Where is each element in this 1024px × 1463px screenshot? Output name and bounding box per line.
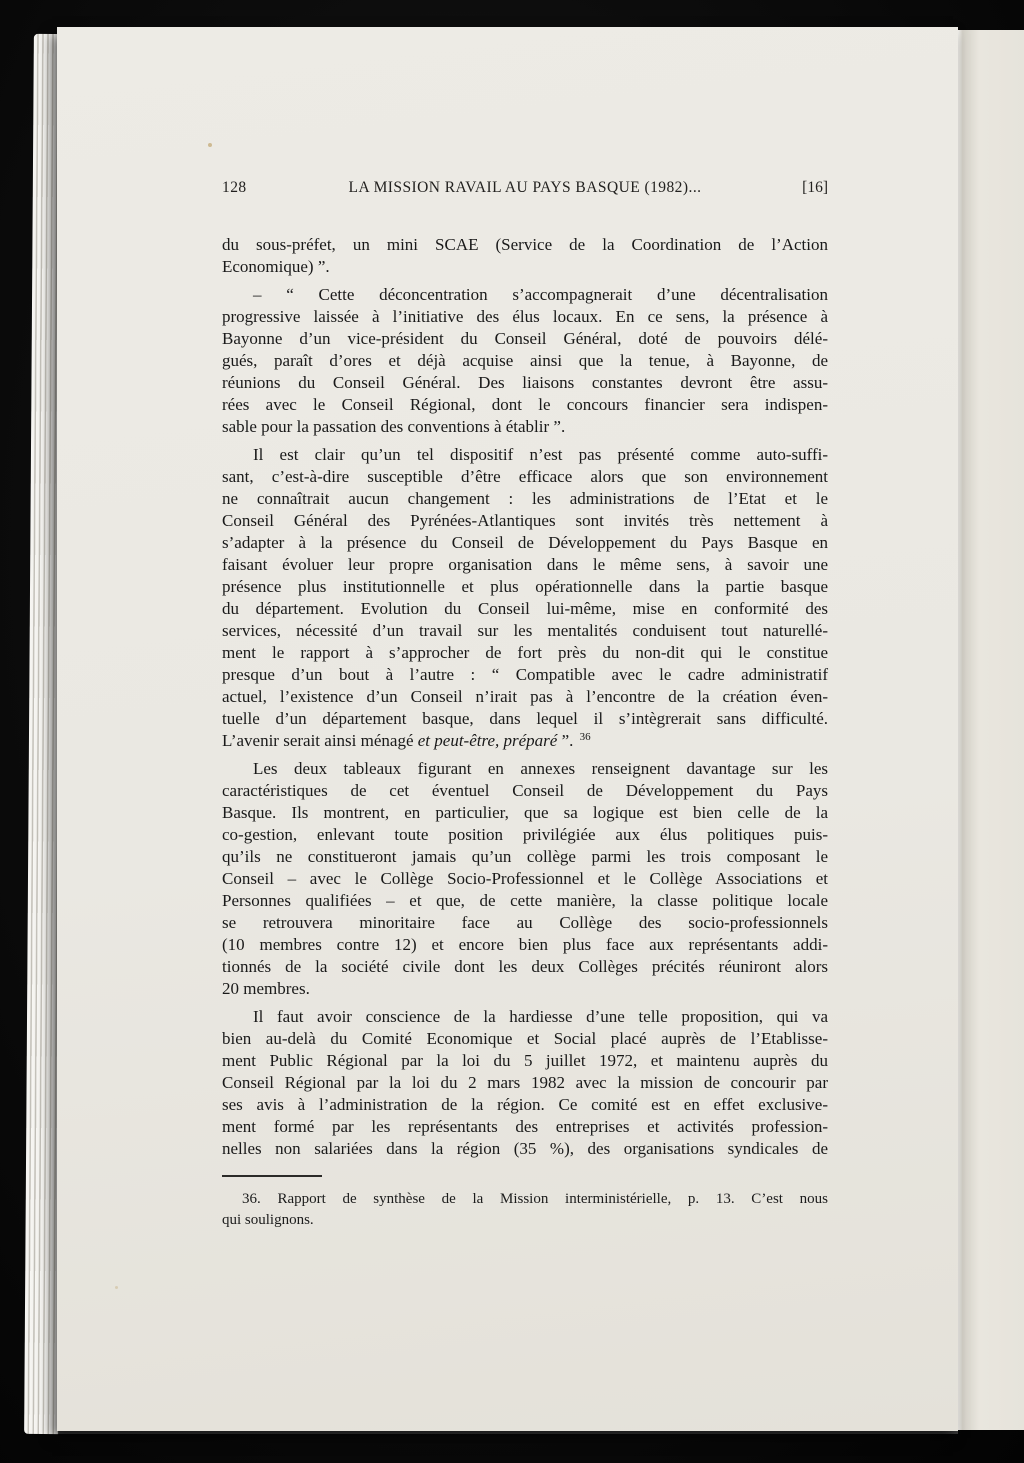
text-line: s’adapter à la présence du Conseil de Dé… [222, 532, 828, 554]
text-line: ment le rapport à s’approcher de fort pr… [222, 642, 828, 664]
running-header: 128 LA MISSION RAVAIL AU PAYS BASQUE (19… [222, 179, 828, 197]
text-line: présence plus institutionnelle et plus o… [222, 576, 828, 598]
text-line: ses avis à l’administration de la région… [222, 1094, 828, 1116]
paragraph: Il est clair qu’un tel dispositif n’est … [222, 444, 828, 752]
text-line: tuelle d’un département basque, dans leq… [222, 708, 828, 730]
text-line: Basque. Ils montrent, en particulier, qu… [222, 802, 828, 824]
text-line: Conseil Général des Pyrénées-Atlantiques… [222, 510, 828, 532]
paragraph: Il faut avoir conscience de la hardiesse… [222, 1006, 828, 1160]
text-line: L’avenir serait ainsi ménagé et peut-êtr… [222, 730, 828, 752]
text-line: 20 membres. [222, 978, 828, 1000]
section-reference: [16] [736, 179, 828, 197]
text-line: 36. Rapport de synthèse de la Mission in… [222, 1189, 828, 1210]
paragraph: du sous-préfet, un mini SCAE (Service de… [222, 234, 828, 278]
text-line: – “ Cette déconcentration s’accompagnera… [222, 284, 828, 306]
text-line: Il faut avoir conscience de la hardiesse… [222, 1006, 828, 1028]
text-line: Personnes qualifiées – et que, de cette … [222, 890, 828, 912]
paragraph: Les deux tableaux figurant en annexes re… [222, 758, 828, 1000]
paper-speck [115, 1286, 118, 1289]
body-text: du sous-préfet, un mini SCAE (Service de… [222, 234, 828, 1160]
text-line: qui soulignons. [222, 1210, 828, 1231]
text-line: tionnés de la société civile dont les de… [222, 956, 828, 978]
text-line: presque d’un bout à l’autre : “ Compatib… [222, 664, 828, 686]
italic-phrase: et peut-être, préparé [418, 731, 558, 750]
footnote-text: 36. Rapport de synthèse de la Mission in… [222, 1189, 828, 1231]
text-line: ment Public Régional par la loi du 5 jui… [222, 1050, 828, 1072]
text-line: ment formé par les représentants des ent… [222, 1116, 828, 1138]
sentence-suffix: ”. [557, 731, 577, 750]
text-line: Conseil – avec le Collège Socio-Professi… [222, 868, 828, 890]
paragraph-lines: Il est clair qu’un tel dispositif n’est … [222, 444, 828, 730]
text-line: caractéristiques de cet éventuel Conseil… [222, 780, 828, 802]
text-line: sant, c’est-à-dire susceptible d’être ef… [222, 466, 828, 488]
text-line: du sous-préfet, un mini SCAE (Service de… [222, 234, 828, 256]
footnote-reference: 36 [580, 731, 591, 743]
text-line: Economique) ”. [222, 256, 828, 278]
text-line: qu’ils ne constitueront jamais qu’un col… [222, 846, 828, 868]
text-line: réunions du Conseil Général. Des liaison… [222, 372, 828, 394]
text-line: actuel, l’existence d’un Conseil n’irait… [222, 686, 828, 708]
sentence-prefix: L’avenir serait ainsi ménagé [222, 731, 418, 750]
footnote-rule [222, 1175, 322, 1177]
book-page: 128 LA MISSION RAVAIL AU PAYS BASQUE (19… [57, 27, 958, 1431]
paper-speck [208, 143, 212, 147]
text-line: Les deux tableaux figurant en annexes re… [222, 758, 828, 780]
text-line: faisant évoluer leur propre organisation… [222, 554, 828, 576]
text-line: gués, paraît d’ores et déjà acquise ains… [222, 350, 828, 372]
running-title: LA MISSION RAVAIL AU PAYS BASQUE (1982).… [314, 179, 736, 197]
text-line: sable pour la passation des conventions … [222, 416, 828, 438]
footnote: 36. Rapport de synthèse de la Mission in… [222, 1175, 828, 1231]
text-line: nelles non salariées dans la région (35 … [222, 1138, 828, 1160]
paragraph: – “ Cette déconcentration s’accompagnera… [222, 284, 828, 438]
text-line: ne connaîtrait aucun changement : les ad… [222, 488, 828, 510]
text-line: rées avec le Conseil Régional, dont le c… [222, 394, 828, 416]
facing-page-edge [958, 30, 1024, 1430]
text-line: Il est clair qu’un tel dispositif n’est … [222, 444, 828, 466]
text-line: du département. Evolution du Conseil lui… [222, 598, 828, 620]
text-line: progressive laissée à l’initiative des é… [222, 306, 828, 328]
text-line: Bayonne d’un vice-président du Conseil G… [222, 328, 828, 350]
page-content: 128 LA MISSION RAVAIL AU PAYS BASQUE (19… [222, 179, 828, 1160]
text-line: se retrouvera minoritaire face au Collèg… [222, 912, 828, 934]
text-line: services, nécessité d’un travail sur les… [222, 620, 828, 642]
page-number: 128 [222, 179, 314, 197]
text-line: co-gestion, enlevant toute position priv… [222, 824, 828, 846]
text-line: (10 membres contre 12) et encore bien pl… [222, 934, 828, 956]
text-line: Conseil Régional par la loi du 2 mars 19… [222, 1072, 828, 1094]
text-line: bien au-delà du Comité Economique et Soc… [222, 1028, 828, 1050]
